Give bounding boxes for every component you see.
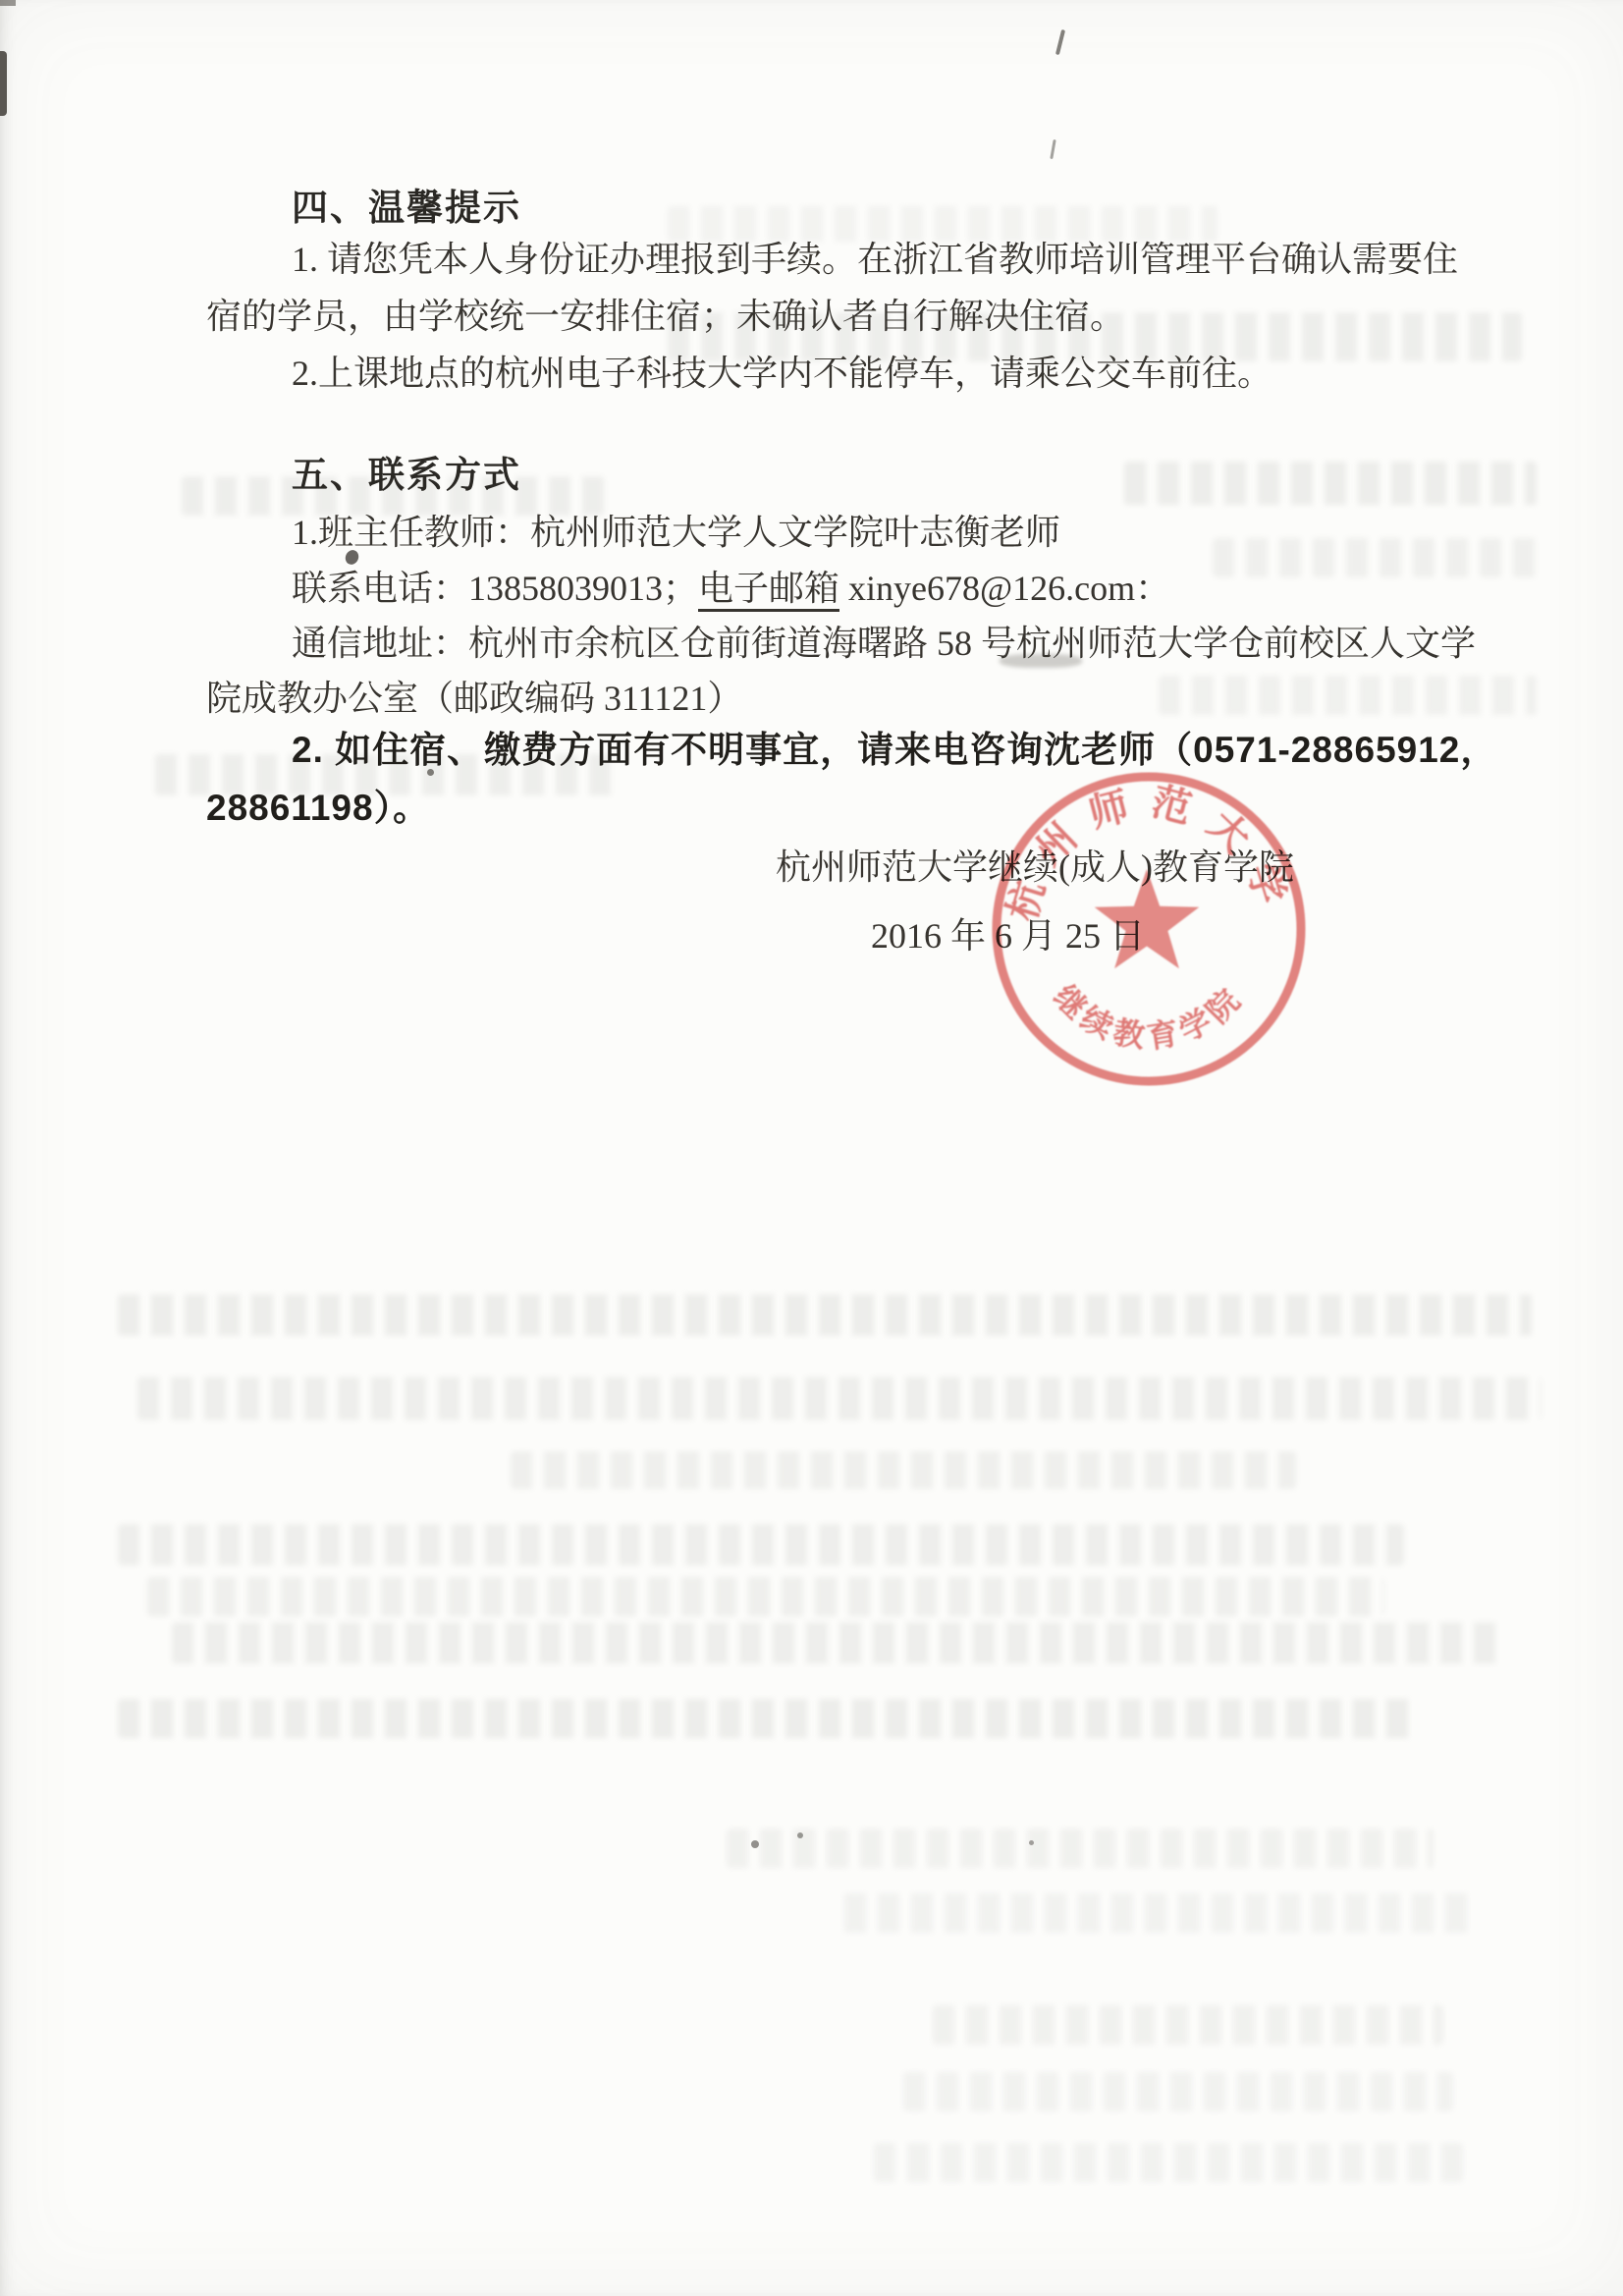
bleed-through-text (1124, 462, 1537, 505)
ink-speck (751, 1840, 759, 1848)
bleed-through-text (118, 1524, 1404, 1565)
ink-speck (1029, 1840, 1034, 1845)
contact-address-line1: 通信地址：杭州市余杭区仓前街道海曙路 58 号杭州师范大学仓前校区人文学 (292, 623, 1476, 664)
pen-mark (1050, 139, 1055, 159)
section4-heading: 四、温馨提示 (292, 187, 521, 230)
email-label-underlined: 电子邮箱 (698, 569, 839, 612)
bleed-through-text (118, 1699, 1414, 1738)
official-seal-stamp: 杭州师范大学 继续教育学院 (984, 764, 1314, 1094)
scanned-document-page: 四、温馨提示 1. 请您凭本人身份证办理报到手续。在浙江省教师培训管理平台确认需… (0, 0, 1623, 2296)
section4-item2: 2.上课地点的杭州电子科技大学内不能停车，请乘公交车前往。 (292, 353, 1272, 394)
scan-edge-mark (0, 51, 7, 116)
contact-phone-email-line: 联系电话：13858039013；电子邮箱 xinye678@126.com： (292, 568, 1170, 609)
seal-bottom-text: 继续教育学院 (1047, 978, 1251, 1055)
bleed-through-text (172, 1622, 1507, 1664)
bleed-through-text (844, 1893, 1473, 1933)
bleed-through-text (147, 1577, 1384, 1616)
bleed-through-text (668, 206, 1217, 242)
note-line1: 2. 如住宿、缴费方面有不明事宜，请来电咨询沈老师（0571-28865912， (292, 729, 1497, 772)
contact-phone: 联系电话：13858039013； (292, 569, 698, 608)
seal-star-icon (1095, 869, 1200, 968)
svg-text:继续教育学院: 继续教育学院 (1047, 978, 1251, 1055)
section5-heading: 五、联系方式 (292, 454, 521, 497)
bleed-through-text (933, 2005, 1443, 2045)
section4-item1-line2: 宿的学员，由学校统一安排住宿；未确认者自行解决住宿。 (206, 296, 1125, 337)
scan-edge-mark (0, 0, 16, 6)
bleed-through-text (1213, 538, 1537, 577)
bleed-through-text (118, 1294, 1532, 1336)
bleed-through-text (511, 1451, 1296, 1489)
ink-speck (797, 1832, 803, 1838)
contact-teacher-line: 1.班主任教师：杭州师范大学人文学院叶志衡老师 (292, 512, 1060, 553)
pen-mark (1055, 29, 1065, 55)
bleed-through-text (1159, 676, 1537, 715)
contact-address-line2: 院成教办公室（邮政编码 311121） (206, 678, 742, 719)
bleed-through-text (727, 1829, 1434, 1868)
section4-item1-line1: 1. 请您凭本人身份证办理报到手续。在浙江省教师培训管理平台确认需要住 (292, 239, 1458, 280)
bleed-through-text (903, 2072, 1453, 2111)
bleed-through-text (874, 2143, 1463, 2182)
note-line2: 28861198）。 (206, 787, 430, 830)
bleed-through-text (137, 1377, 1542, 1420)
email-address: xinye678@126.com： (839, 569, 1170, 608)
